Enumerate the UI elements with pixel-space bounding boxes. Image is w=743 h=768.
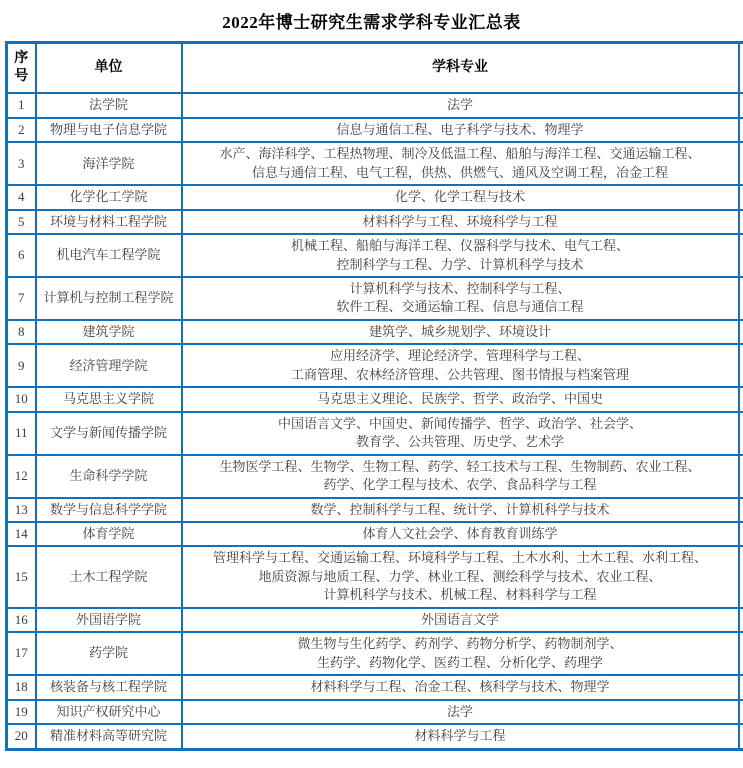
unit-cell: 数学与信息科学学院 [36,498,182,522]
unit-cell: 物理与电子信息学院 [36,118,182,142]
cutoff-cell [739,93,743,117]
cutoff-cell [739,724,743,749]
table-row: 5环境与材料工程学院材料科学与工程、环境科学与工程 [7,210,743,234]
table-row: 9经济管理学院应用经济学、理论经济学、管理科学与工程、 工商管理、农林经济管理、… [7,344,743,387]
majors-cell: 数学、控制科学与工程、统计学、计算机科学与技术 [182,498,739,522]
serial-cell: 6 [7,234,36,277]
majors-cell: 中国语言文学、中国史、新闻传播学、哲学、政治学、社会学、 教育学、公共管理、历史… [182,412,739,455]
serial-cell: 20 [7,724,36,749]
table-row: 13数学与信息科学学院数学、控制科学与工程、统计学、计算机科学与技术 [7,498,743,522]
header-row: 序号 单位 学科专业 [7,43,743,94]
majors-cell: 材料科学与工程、冶金工程、核科学与技术、物理学 [182,675,739,699]
majors-cell: 化学、化学工程与技术 [182,185,739,209]
header-majors: 学科专业 [182,43,739,94]
table-row: 4化学化工学院化学、化学工程与技术 [7,185,743,209]
majors-cell: 体育人文社会学、体育教育训练学 [182,522,739,546]
cutoff-cell [739,387,743,411]
majors-cell: 微生物与生化药学、药剂学、药物分析学、药物制剂学、 生药学、药物化学、医药工程、… [182,632,739,675]
unit-cell: 药学院 [36,632,182,675]
header-serial-number: 序号 [7,43,36,94]
cutoff-cell [739,546,743,607]
cutoff-cell [739,455,743,498]
table-row: 19知识产权研究中心法学 [7,700,743,724]
majors-cell: 机械工程、船舶与海洋工程、仪器科学与技术、电气工程、 控制科学与工程、力学、计算… [182,234,739,277]
unit-cell: 知识产权研究中心 [36,700,182,724]
serial-cell: 11 [7,412,36,455]
cutoff-cell [739,412,743,455]
serial-cell: 3 [7,142,36,185]
table-row: 2物理与电子信息学院信息与通信工程、电子科学与技术、物理学 [7,118,743,142]
cutoff-cell [739,320,743,344]
majors-cell: 生物医学工程、生物学、生物工程、药学、轻工技术与工程、生物制药、农业工程、 药学… [182,455,739,498]
serial-cell: 9 [7,344,36,387]
table-row: 15土木工程学院管理科学与工程、交通运输工程、环境科学与工程、土木水利、土木工程… [7,546,743,607]
unit-cell: 体育学院 [36,522,182,546]
header-cutoff-cell [739,43,743,94]
cutoff-cell [739,185,743,209]
serial-cell: 18 [7,675,36,699]
cutoff-cell [739,142,743,185]
cutoff-cell [739,277,743,320]
unit-cell: 精准材料高等研究院 [36,724,182,749]
table-row: 18核装备与核工程学院材料科学与工程、冶金工程、核科学与技术、物理学 [7,675,743,699]
serial-cell: 14 [7,522,36,546]
unit-cell: 马克思主义学院 [36,387,182,411]
majors-cell: 外国语言文学 [182,608,739,632]
unit-cell: 法学院 [36,93,182,117]
majors-cell: 马克思主义理论、民族学、哲学、政治学、中国史 [182,387,739,411]
unit-cell: 土木工程学院 [36,546,182,607]
unit-cell: 海洋学院 [36,142,182,185]
cutoff-cell [739,118,743,142]
unit-cell: 外国语学院 [36,608,182,632]
unit-cell: 文学与新闻传播学院 [36,412,182,455]
cutoff-cell [739,608,743,632]
majors-cell: 水产、海洋科学、工程热物理、制冷及低温工程、船舶与海洋工程、交通运输工程、 信息… [182,142,739,185]
page-title: 2022年博士研究生需求学科专业汇总表 [0,8,743,33]
table-row: 7计算机与控制工程学院计算机科学与技术、控制科学与工程、 软件工程、交通运输工程… [7,277,743,320]
summary-table: 序号 单位 学科专业 1法学院法学2物理与电子信息学院信息与通信工程、电子科学与… [5,41,743,751]
unit-cell: 机电汽车工程学院 [36,234,182,277]
majors-cell: 应用经济学、理论经济学、管理科学与工程、 工商管理、农林经济管理、公共管理、图书… [182,344,739,387]
unit-cell: 环境与材料工程学院 [36,210,182,234]
majors-cell: 材料科学与工程、环境科学与工程 [182,210,739,234]
majors-cell: 材料科学与工程 [182,724,739,749]
majors-cell: 法学 [182,700,739,724]
serial-cell: 16 [7,608,36,632]
majors-cell: 计算机科学与技术、控制科学与工程、 软件工程、交通运输工程、信息与通信工程 [182,277,739,320]
table-row: 10马克思主义学院马克思主义理论、民族学、哲学、政治学、中国史 [7,387,743,411]
serial-cell: 12 [7,455,36,498]
serial-cell: 5 [7,210,36,234]
serial-cell: 13 [7,498,36,522]
table-row: 20精准材料高等研究院材料科学与工程 [7,724,743,749]
serial-cell: 15 [7,546,36,607]
unit-cell: 核装备与核工程学院 [36,675,182,699]
serial-cell: 7 [7,277,36,320]
serial-cell: 17 [7,632,36,675]
table-row: 6机电汽车工程学院机械工程、船舶与海洋工程、仪器科学与技术、电气工程、 控制科学… [7,234,743,277]
table-row: 12生命科学学院生物医学工程、生物学、生物工程、药学、轻工技术与工程、生物制药、… [7,455,743,498]
cutoff-cell [739,632,743,675]
table-row: 17药学院微生物与生化药学、药剂学、药物分析学、药物制剂学、 生药学、药物化学、… [7,632,743,675]
table-row: 11文学与新闻传播学院中国语言文学、中国史、新闻传播学、哲学、政治学、社会学、 … [7,412,743,455]
table-row: 3海洋学院水产、海洋科学、工程热物理、制冷及低温工程、船舶与海洋工程、交通运输工… [7,142,743,185]
unit-cell: 计算机与控制工程学院 [36,277,182,320]
serial-cell: 8 [7,320,36,344]
cutoff-cell [739,344,743,387]
cutoff-cell [739,675,743,699]
document-page: 2022年博士研究生需求学科专业汇总表 序号 单位 学科专业 1法学院法学2物理… [0,0,743,768]
cutoff-cell [739,234,743,277]
cutoff-cell [739,498,743,522]
table-row: 16外国语学院外国语言文学 [7,608,743,632]
unit-cell: 生命科学学院 [36,455,182,498]
table-body: 1法学院法学2物理与电子信息学院信息与通信工程、电子科学与技术、物理学3海洋学院… [7,93,743,749]
unit-cell: 经济管理学院 [36,344,182,387]
table-row: 8建筑学院建筑学、城乡规划学、环境设计 [7,320,743,344]
table-container: 序号 单位 学科专业 1法学院法学2物理与电子信息学院信息与通信工程、电子科学与… [5,41,743,751]
cutoff-cell [739,522,743,546]
header-unit: 单位 [36,43,182,94]
majors-cell: 法学 [182,93,739,117]
unit-cell: 建筑学院 [36,320,182,344]
table-row: 14体育学院体育人文社会学、体育教育训练学 [7,522,743,546]
serial-cell: 4 [7,185,36,209]
majors-cell: 管理科学与工程、交通运输工程、环境科学与工程、土木水利、土木工程、水利工程、 地… [182,546,739,607]
majors-cell: 建筑学、城乡规划学、环境设计 [182,320,739,344]
serial-cell: 10 [7,387,36,411]
cutoff-cell [739,700,743,724]
majors-cell: 信息与通信工程、电子科学与技术、物理学 [182,118,739,142]
table-row: 1法学院法学 [7,93,743,117]
unit-cell: 化学化工学院 [36,185,182,209]
serial-cell: 2 [7,118,36,142]
cutoff-cell [739,210,743,234]
serial-cell: 1 [7,93,36,117]
serial-cell: 19 [7,700,36,724]
